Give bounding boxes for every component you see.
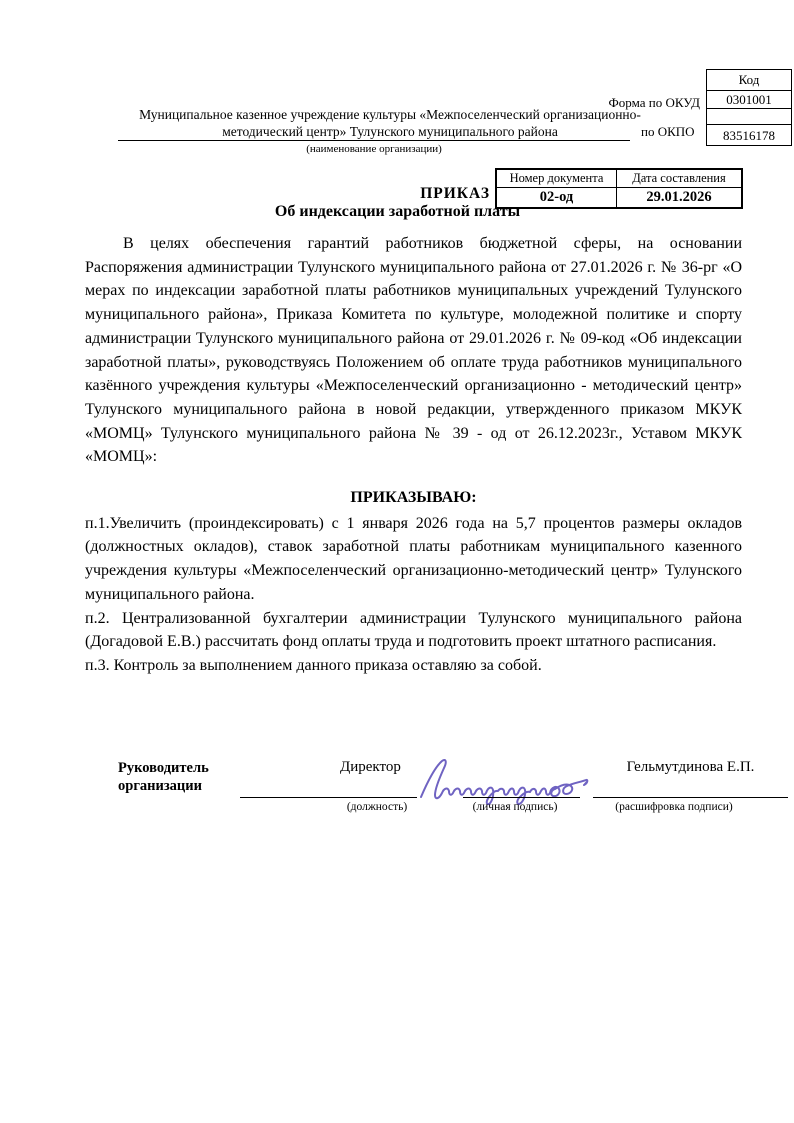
document-page: Форма по ОКУД по ОКПО Код 0301001 835161… xyxy=(0,0,794,1123)
signature-line xyxy=(463,797,580,798)
resolve-heading: ПРИКАЗЫВАЮ: xyxy=(85,486,742,510)
signature-block: Руководитель организации Директор Гельму… xyxy=(0,755,794,825)
organization-name-line2: методический центр» Тулунского муниципал… xyxy=(90,123,690,140)
organization-name-line1: Муниципальное казенное учреждение культу… xyxy=(90,106,690,123)
okud-code-cell: 0301001 xyxy=(707,91,791,109)
order-item-1: п.1.Увеличить (проиндексировать) с 1 янв… xyxy=(85,512,742,607)
order-item-2: п.2. Централизованной бухгалтерии админи… xyxy=(85,607,742,654)
doc-number-header: Номер документа xyxy=(497,170,617,188)
name-line xyxy=(593,797,788,798)
organization-name-caption: (наименование организации) xyxy=(118,143,630,155)
position-line xyxy=(240,797,417,798)
order-item-3: п.3. Контроль за выполнением данного при… xyxy=(85,654,742,678)
role-label: Руководитель организации xyxy=(118,759,258,795)
position-value: Директор xyxy=(340,759,401,776)
code-table-header: Код xyxy=(707,70,791,91)
name-caption: (расшифровка подписи) xyxy=(584,801,764,813)
signature-caption: (личная подпись) xyxy=(425,801,605,813)
order-body: В целях обеспечения гарантий работников … xyxy=(85,232,742,678)
okpo-code-cell: 83516178 xyxy=(707,125,791,145)
organization-name-underline xyxy=(118,140,630,141)
intro-paragraph: В целях обеспечения гарантий работников … xyxy=(85,232,742,469)
organization-name: Муниципальное казенное учреждение культу… xyxy=(90,106,690,140)
empty-code-cell xyxy=(707,109,791,125)
name-value: Гельмутдинова Е.П. xyxy=(593,759,788,776)
order-heading: ПРИКАЗ xyxy=(380,185,490,203)
signature-image xyxy=(415,755,590,807)
code-table: Код 0301001 83516178 xyxy=(706,69,792,146)
order-title: Об индексации заработной платы xyxy=(70,203,725,221)
doc-date-header: Дата составления xyxy=(617,170,741,188)
